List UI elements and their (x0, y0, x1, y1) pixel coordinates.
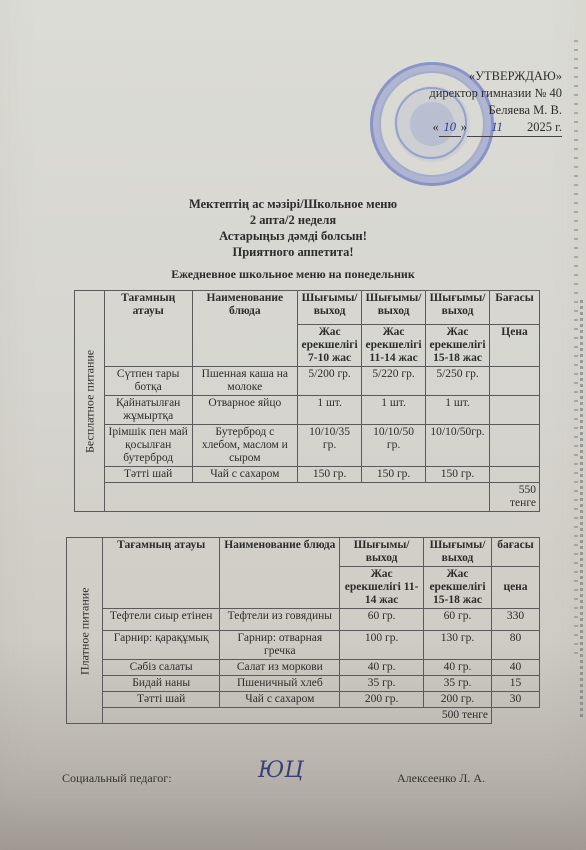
header-age-7-10: Жас ерекшелігі 7-10 жас (298, 325, 362, 367)
header-price-ru: Цена (490, 325, 540, 367)
header-dish-ru: Наименование блюда (220, 538, 340, 609)
table-row: Сәбіз салаты Салат из моркови 40 гр. 40 … (67, 660, 540, 676)
daily-menu-title: Ежедневное школьное меню на понедельник (0, 267, 586, 282)
header-output-2: Шығымы/ выход (424, 538, 492, 567)
header-price-ru: цена (491, 567, 539, 609)
title-line-4: Приятного аппетита! (0, 244, 586, 260)
approval-date: «10»112025 г. (412, 119, 562, 137)
free-section-label: Бесплатное питание (75, 291, 105, 512)
table-row: Тефтели сиыр етінен Тефтели из говядины … (67, 609, 540, 631)
header-age-15-18: Жас ерекшелігі 15-18 жас (426, 325, 490, 367)
date-month: 11 (467, 119, 527, 137)
header-dish-kz: Тағамның атауы (102, 538, 220, 609)
table-row: Қайнатылған жұмыртқа Отварное яйцо 1 шт.… (75, 396, 540, 425)
footer-role: Социальный педагог: (62, 771, 172, 786)
date-day: 10 (439, 119, 461, 137)
approval-block: «УТВЕРЖДАЮ» директор гимназии № 40 Беляе… (412, 68, 562, 137)
free-menu-table: Бесплатное питание Тағамның атауы Наимен… (74, 290, 540, 512)
table-row: Бидай наны Пшеничный хлеб 35 гр. 35 гр. … (67, 676, 540, 692)
table-row: Сүтпен тары ботқа Пшенная каша на молоке… (75, 367, 540, 396)
total-row: 500 тенге (67, 708, 540, 724)
table-row: Ірімшік пен май қосылған бутерброд Бутер… (75, 425, 540, 467)
header-output-1: Шығымы/ выход (298, 291, 362, 325)
page-edge-perforation (574, 40, 578, 660)
date-year: 2025 г. (527, 119, 562, 137)
header-age-11-14: Жас ерекшелігі 11-14 жас (340, 567, 424, 609)
header-price: Бағасы (490, 291, 540, 325)
menu-titles: Мектептің ас мәзірі/Школьное меню 2 апта… (0, 196, 586, 260)
free-total: 550 тенге (490, 483, 540, 512)
title-line-1: Мектептің ас мәзірі/Школьное меню (0, 196, 586, 212)
header-output-2: Шығымы/ выход (362, 291, 426, 325)
header-dish-kz: Тағамның атауы (104, 291, 192, 367)
table-row: Тәтті шай Чай с сахаром 150 гр. 150 гр. … (75, 467, 540, 483)
header-age-15-18: Жас ерекшелігі 15-18 жас (424, 567, 492, 609)
signature-icon: ЮЦ (258, 758, 303, 783)
approval-name: Беляева М. В. (412, 102, 562, 119)
header-price: бағасы (491, 538, 539, 567)
paid-menu-table: Платное питание Тағамның атауы Наименова… (66, 537, 540, 724)
approval-heading: «УТВЕРЖДАЮ» (412, 68, 562, 85)
header-dish-ru: Наименование блюда (192, 291, 298, 367)
header-age-11-14: Жас ерекшелігі 11-14 жас (362, 325, 426, 367)
header-output-3: Шығымы/ выход (426, 291, 490, 325)
paid-total: 500 тенге (102, 708, 491, 724)
total-row: 550 тенге (75, 483, 540, 512)
paid-section-label: Платное питание (67, 538, 103, 724)
header-output-1: Шығымы/ выход (340, 538, 424, 567)
approval-position: директор гимназии № 40 (412, 85, 562, 102)
title-line-3: Астарыңыз дәмді болсын! (0, 228, 586, 244)
page-edge-binding (580, 300, 583, 720)
table-row: Гарнир: қарақұмық Гарнир: отварная гречк… (67, 631, 540, 660)
footer-name: Алексеенко Л. А. (397, 771, 485, 786)
title-line-2: 2 апта/2 неделя (0, 212, 586, 228)
table-row: Тәтті шай Чай с сахаром 200 гр. 200 гр. … (67, 692, 540, 708)
